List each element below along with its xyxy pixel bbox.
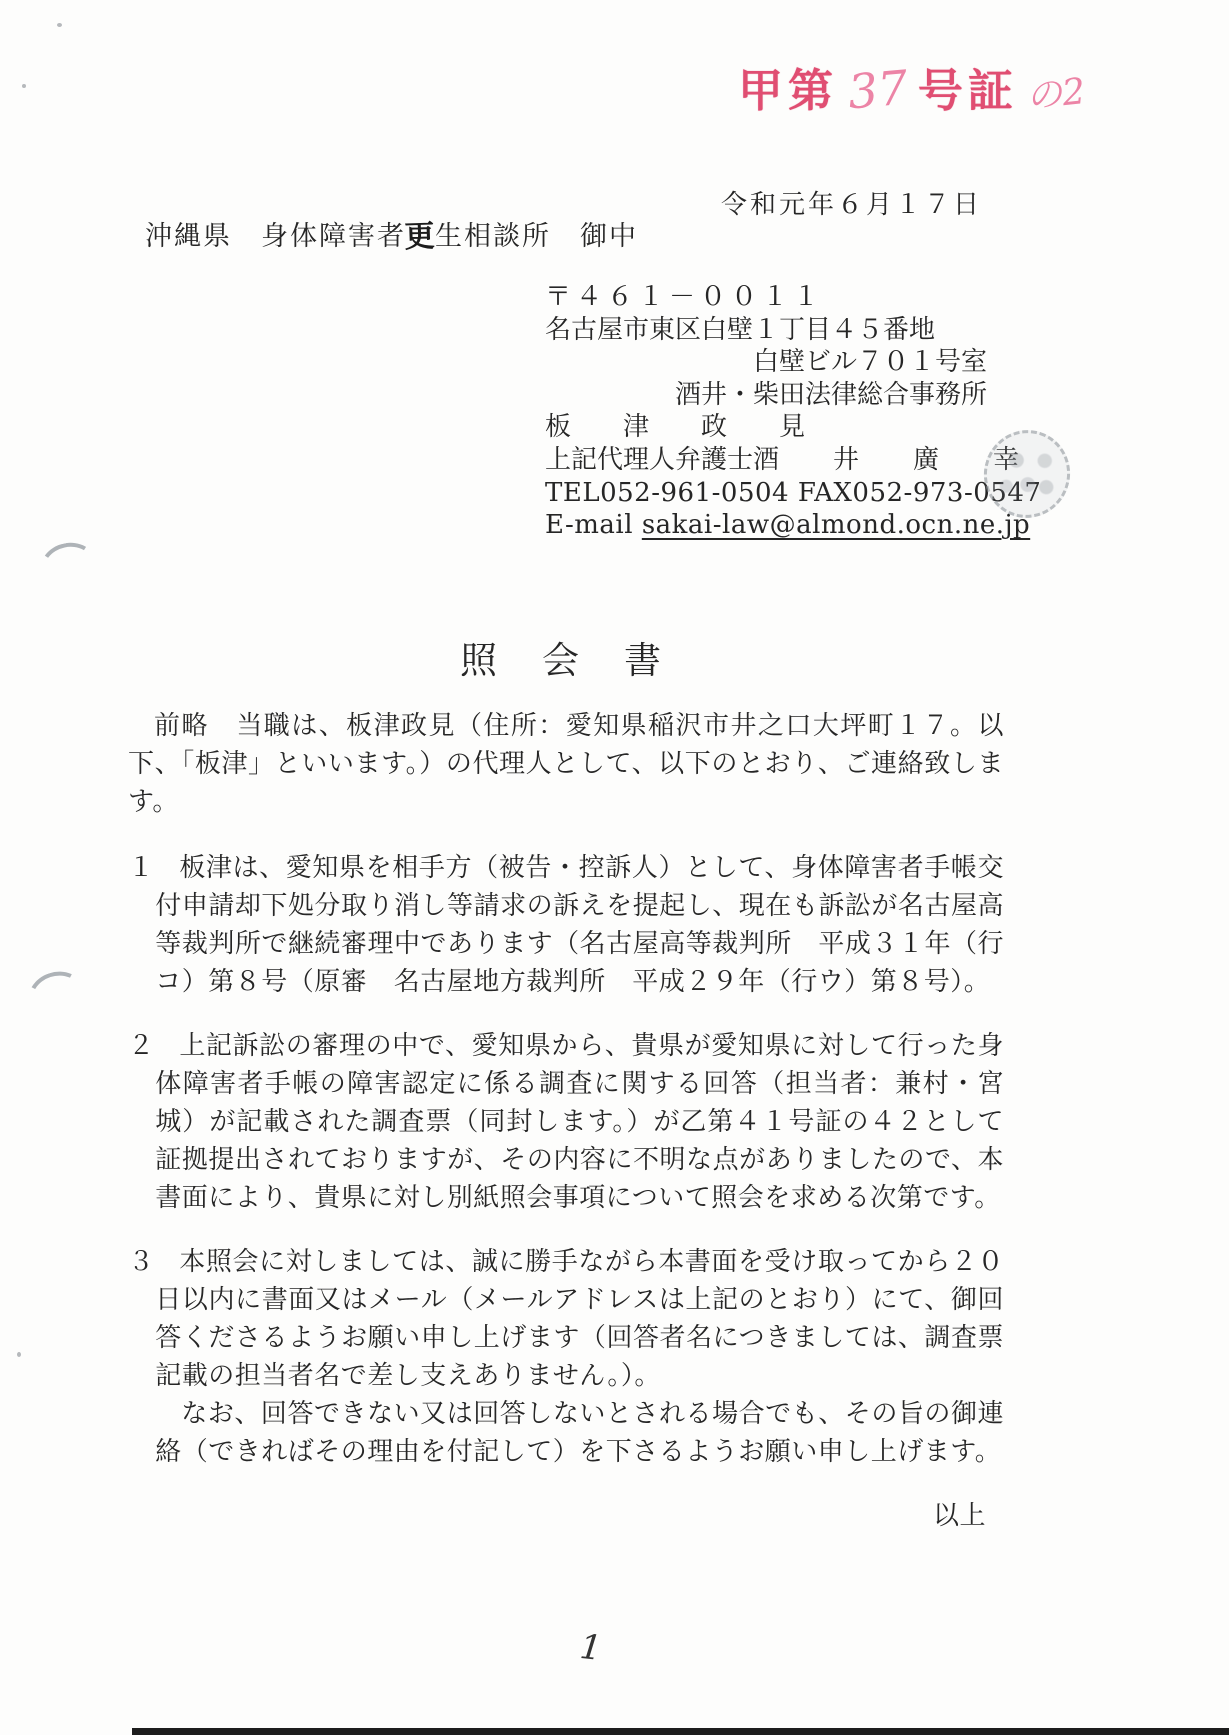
email-label: E-mail (545, 510, 633, 540)
email-line: E-mail sakai-law@almond.ocn.ne.jp (545, 509, 987, 542)
sender-address-line1: 名古屋市東区白壁１丁目４５番地 (545, 314, 987, 347)
exhibit-stamp: 甲第 37 号証 の2 (738, 54, 1085, 119)
scan-speck (57, 23, 62, 27)
item-2-number: ２ (128, 1031, 155, 1061)
attorney-label: 上記代理人弁護士 (545, 444, 753, 477)
exhibit-stamp-suffix: 号証 (918, 54, 1018, 119)
numbered-item-3: ３本照会に対しましては、誠に勝手ながら本書面を受け取ってから２０日以内に書面又は… (128, 1243, 1004, 1471)
scan-speck (22, 84, 26, 88)
item-2-text: 上記訴訟の審理の中で、愛知県から、貴県が愛知県に対して行った身体障害者手帳の障害… (155, 1031, 1004, 1213)
closing-mark: 以上 (128, 1497, 1004, 1535)
email-address: sakai-law@almond.ocn.ne.jp (642, 510, 1030, 540)
document-title: 照 会 書 (0, 630, 1177, 684)
scan-bottom-edge (132, 1728, 1229, 1735)
opening-paragraph: 前略 当職は、板津政見（住所：愛知県稲沢市井之口大坪町１７。以下、「板津」といい… (128, 707, 1004, 821)
exhibit-stamp-prefix: 甲第 (738, 54, 838, 119)
addressee-pre: 沖縄県 身体障害者 (145, 221, 406, 252)
item-1-text: 板津は、愛知県を相手方（被告・控訴人）として、身体障害者手帳交付申請却下処分取り… (155, 853, 1004, 997)
letter-body: 前略 当職は、板津政見（住所：愛知県稲沢市井之口大坪町１７。以下、「板津」といい… (128, 707, 1004, 1535)
scan-curl-mark (22, 964, 93, 1029)
scanned-letter-page: 甲第 37 号証 の2 令和元年６月１７日 沖縄県 身体障害者更生相談所 御中 … (0, 0, 1229, 1735)
exhibit-branch-handwritten: の2 (1023, 63, 1087, 120)
page-number: 1 (578, 1627, 604, 1669)
item-1-number: １ (128, 853, 155, 883)
sender-postal-code: 〒４６１－００１１ (545, 281, 987, 314)
attorney-line: 上記代理人弁護士 酒 井 廣 幸 (545, 444, 987, 477)
scan-speck (17, 1352, 21, 1357)
sender-office-name: 酒井・柴田法律総合事務所 (545, 379, 987, 412)
addressee-post: 生相談所 御中 (435, 221, 638, 252)
document-date: 令和元年６月１７日 (721, 184, 982, 221)
exhibit-number-handwritten: 37 (846, 60, 910, 120)
tel-fax-line: TEL052-961-0504 FAX052-973-0547 (545, 477, 987, 510)
sender-block: 〒４６１－００１１ 名古屋市東区白壁１丁目４５番地 白壁ビル７０１号室 酒井・柴… (545, 281, 987, 542)
numbered-item-2: ２上記訴訟の審理の中で、愛知県から、貴県が愛知県に対して行った身体障害者手帳の障… (128, 1027, 1004, 1217)
scan-curl-mark (35, 538, 102, 599)
numbered-item-1: １板津は、愛知県を相手方（被告・控訴人）として、身体障害者手帳交付申請却下処分取… (128, 849, 1004, 1001)
item-3-number: ３ (128, 1247, 155, 1277)
principal-name: 板 津 政 見 (545, 411, 987, 444)
item-3-text: 本照会に対しましては、誠に勝手ながら本書面を受け取ってから２０日以内に書面又はメ… (155, 1247, 1004, 1391)
item-3-note: なお、回答できない又は回答しないとされる場合でも、その旨の御連絡（できればその理… (155, 1395, 1004, 1471)
addressee-line: 沖縄県 身体障害者更生相談所 御中 (145, 214, 638, 253)
addressee-handwritten-correction: 更 (404, 211, 438, 256)
sender-address-line2: 白壁ビル７０１号室 (545, 346, 987, 379)
